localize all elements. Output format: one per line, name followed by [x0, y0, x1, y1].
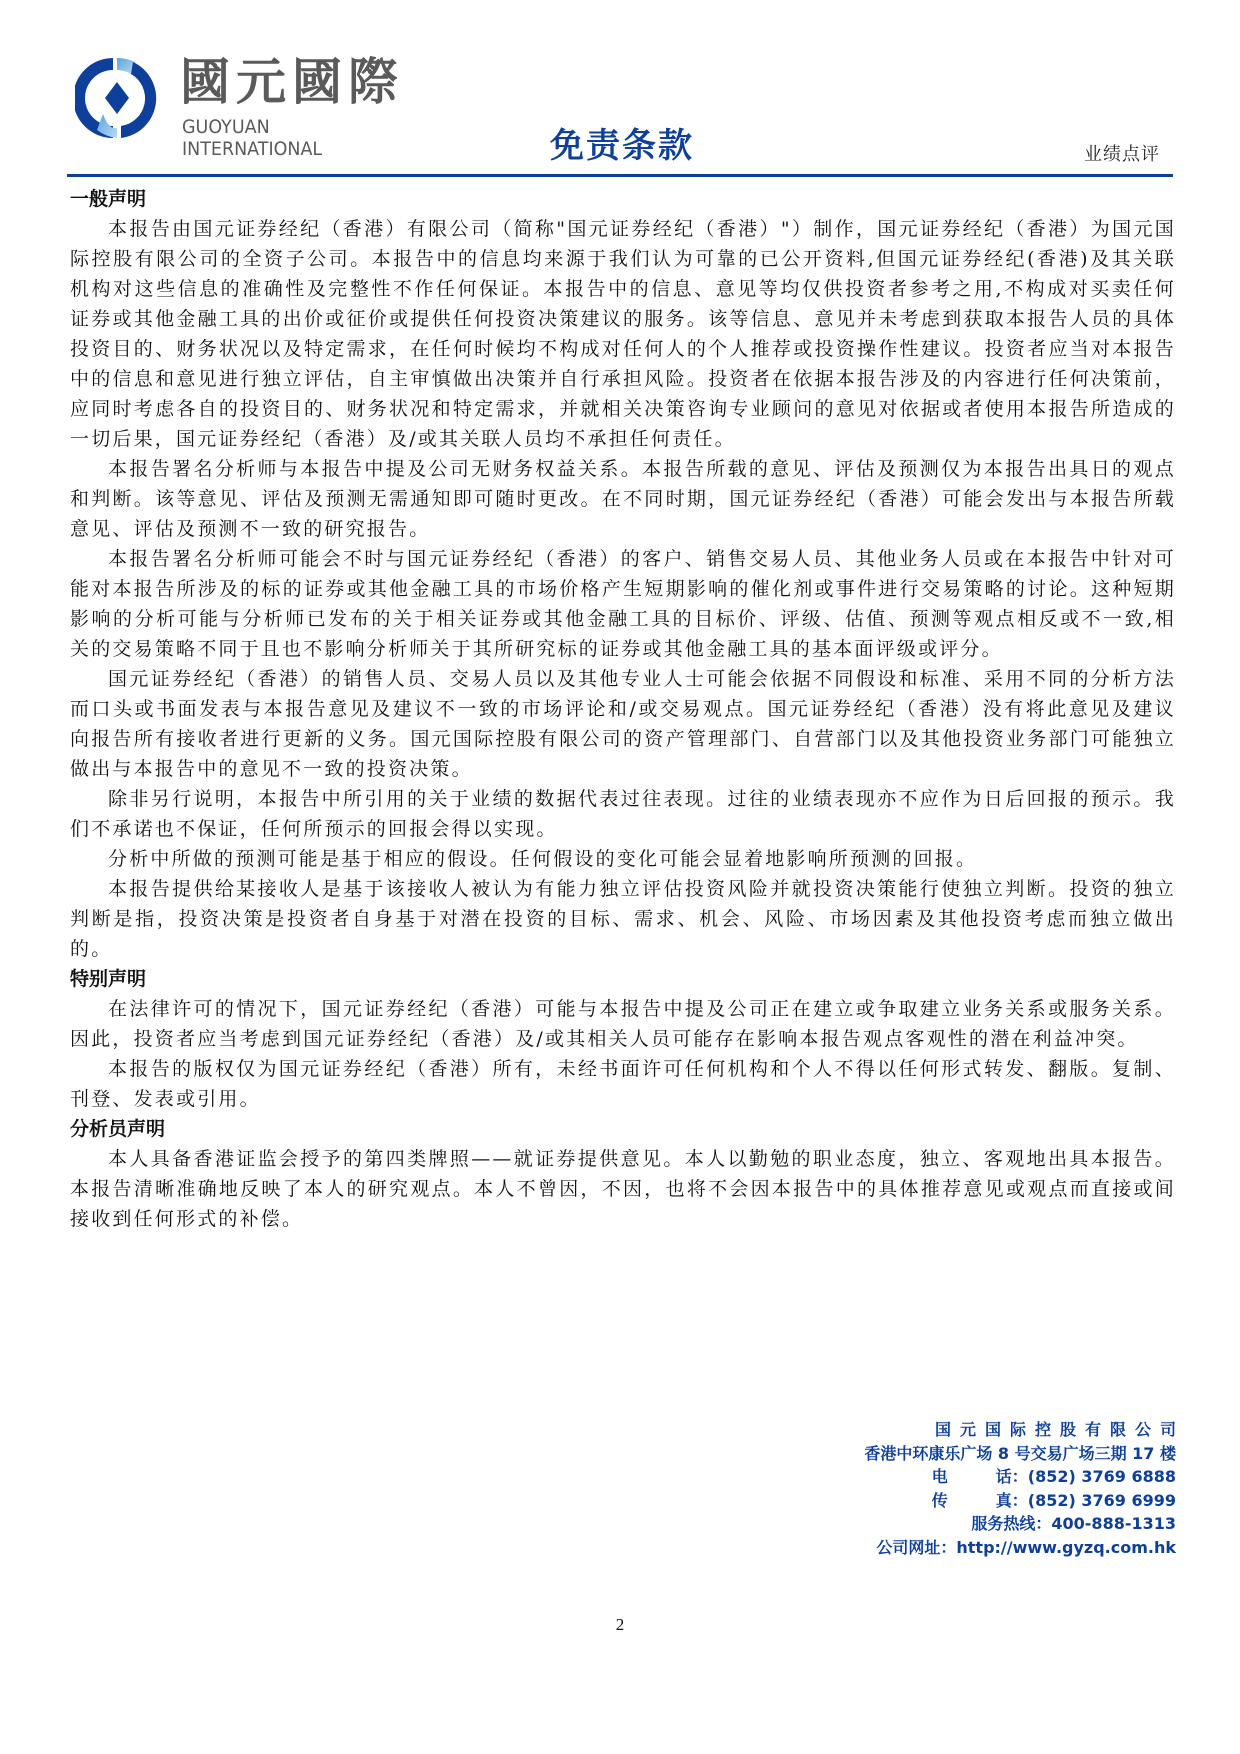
paragraph: 分析中所做的预测可能是基于相应的假设。任何假设的变化可能会显着地影响所预测的回报…: [70, 844, 1176, 874]
page-number: 2: [0, 1615, 1240, 1635]
paragraph: 本报告的版权仅为国元证券经纪（香港）所有，未经书面许可任何机构和个人不得以任何形…: [70, 1054, 1176, 1114]
contact-company: 国元国际控股有限公司: [864, 1418, 1185, 1442]
disclaimer-body: 一般声明 本报告由国元证券经纪（香港）有限公司（简称"国元证券经纪（香港）"）制…: [70, 184, 1176, 1234]
fax-value: (852) 3769 6999: [1028, 1491, 1176, 1510]
logo-chinese-name: 國元國際: [180, 52, 404, 112]
document-title: 免责条款: [550, 124, 694, 168]
guoyuan-logo-icon: [75, 52, 165, 144]
section-heading-special: 特别声明: [70, 964, 1176, 994]
contact-phone-row: 电 话：(852) 3769 6888: [864, 1465, 1176, 1489]
paragraph: 在法律许可的情况下，国元证券经纪（香港）可能与本报告中提及公司正在建立或争取建立…: [70, 994, 1176, 1054]
logo-english-name: GUOYUAN INTERNATIONAL: [182, 116, 396, 160]
paragraph: 除非另行说明，本报告中所引用的关于业绩的数据代表过往表现。过往的业绩表现亦不应作…: [70, 784, 1176, 844]
paragraph: 本报告署名分析师与本报告中提及公司无财务权益关系。本报告所载的意见、评估及预测仅…: [70, 454, 1176, 544]
hotline-value: 400-888-1313: [1051, 1514, 1176, 1533]
section-heading-analyst: 分析员声明: [70, 1114, 1176, 1144]
paragraph: 本报告署名分析师可能会不时与国元证券经纪（香港）的客户、销售交易人员、其他业务人…: [70, 544, 1176, 664]
report-category: 业绩点评: [1084, 140, 1160, 166]
contact-block: 国元国际控股有限公司 香港中环康乐广场 8 号交易广场三期 17 楼 电 话：(…: [864, 1418, 1176, 1559]
company-logo: 國元國際 GUOYUAN INTERNATIONAL: [75, 48, 415, 148]
paragraph: 国元证券经纪（香港）的销售人员、交易人员以及其他专业人士可能会依据不同假设和标准…: [70, 664, 1176, 784]
header-divider: [67, 174, 1173, 177]
paragraph: 本人具备香港证监会授予的第四类牌照——就证券提供意见。本人以勤勉的职业态度，独立…: [70, 1144, 1176, 1234]
website-label: 公司网址：: [876, 1538, 956, 1557]
fax-label: 传 真：: [932, 1491, 1028, 1510]
paragraph: 本报告提供给某接收人是基于该接收人被认为有能力独立评估投资风险并就投资决策能行使…: [70, 874, 1176, 964]
hotline-label: 服务热线：: [971, 1514, 1051, 1533]
contact-hotline-row: 服务热线：400-888-1313: [864, 1512, 1176, 1536]
phone-value: (852) 3769 6888: [1028, 1467, 1176, 1486]
phone-label: 电 话：: [932, 1467, 1028, 1486]
contact-address: 香港中环康乐广场 8 号交易广场三期 17 楼: [864, 1442, 1176, 1466]
paragraph: 本报告由国元证券经纪（香港）有限公司（简称"国元证券经纪（香港）"）制作，国元证…: [70, 214, 1176, 454]
section-heading-general: 一般声明: [70, 184, 1176, 214]
website-link[interactable]: http://www.gyzq.com.hk: [956, 1538, 1176, 1557]
contact-website-row: 公司网址：http://www.gyzq.com.hk: [864, 1536, 1176, 1560]
contact-fax-row: 传 真：(852) 3769 6999: [864, 1489, 1176, 1513]
